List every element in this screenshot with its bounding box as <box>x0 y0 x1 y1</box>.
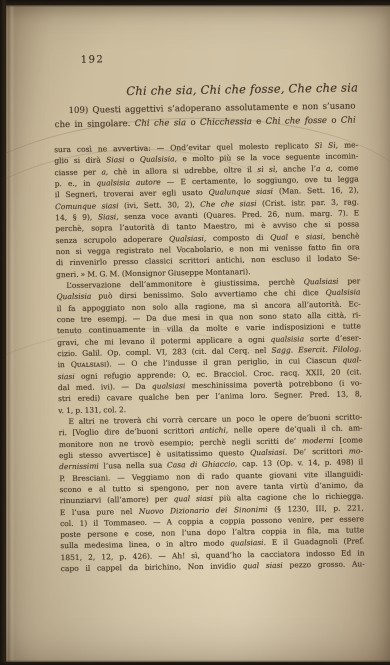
photo-edge-bottom <box>0 660 390 665</box>
book-photo: 192 Chi che sia, Chi che fosse, Che che … <box>0 0 390 665</box>
photo-edge-left <box>0 0 7 665</box>
photo-edge-top <box>0 0 390 7</box>
photo-vignette <box>0 0 390 665</box>
